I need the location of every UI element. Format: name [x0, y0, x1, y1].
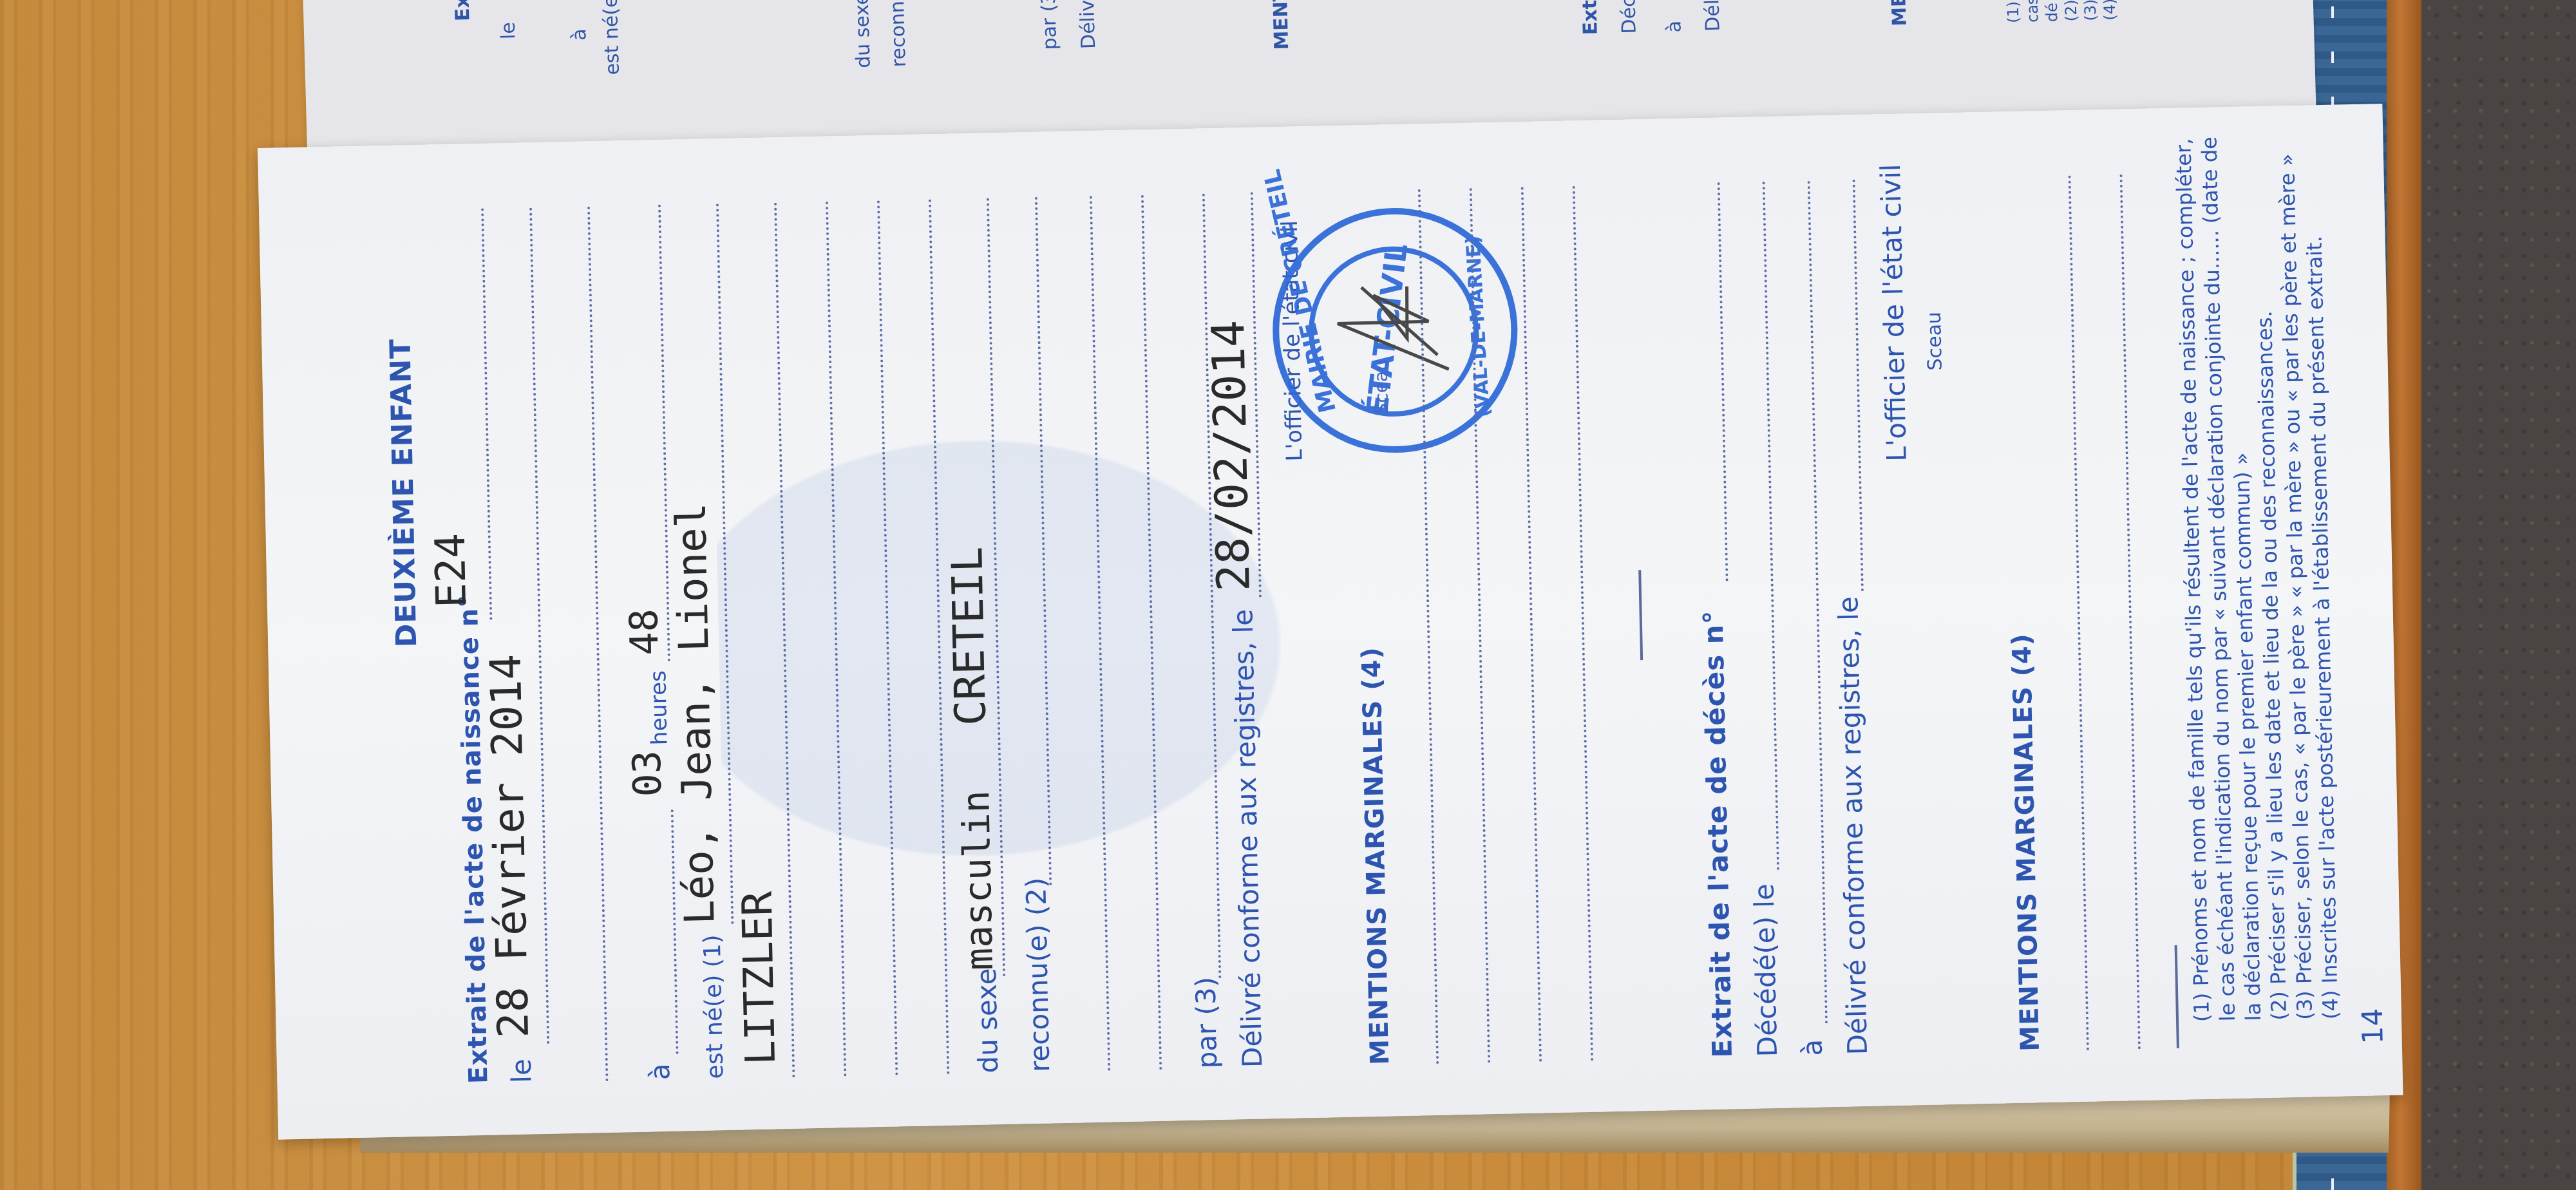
- signature: [1326, 272, 1465, 383]
- dotted-line: [1573, 185, 1593, 1061]
- footnote-separator: [2175, 945, 2179, 1048]
- par-label: par (3): [1189, 976, 1223, 1069]
- dotted-line: [877, 200, 898, 1075]
- carpet-background: [2421, 0, 2576, 1190]
- back-snippet: par (3): [1037, 0, 1061, 50]
- death-delivered-label: Délivré conforme aux registres, le: [1832, 596, 1873, 1055]
- back-snippet: MENTI: [1269, 0, 1293, 50]
- dotted-line: [1718, 182, 1728, 581]
- birth-hour-field[interactable]: 03: [625, 750, 670, 798]
- birth-place-field[interactable]: CRETEIL: [942, 546, 996, 726]
- booklet-page: DEUXIÈME ENFANT Extrait de l'acte de nai…: [258, 104, 2403, 1140]
- le-label: le: [506, 1059, 538, 1084]
- back-snippet: reconnu(: [885, 0, 911, 68]
- delivered-label: Délivré conforme aux registres, le: [1227, 609, 1268, 1068]
- death-seal-label: Sceau: [1923, 312, 1947, 371]
- back-snippet: Extra: [1578, 0, 1602, 35]
- back-snippet: (1): [2004, 1, 2023, 23]
- stamp-bottom-text: (VAL-DE-MARNE): [1462, 235, 1495, 419]
- back-snippet: cas: [2023, 0, 2041, 23]
- reconnu-label: reconnu(e) (2): [1020, 877, 1056, 1072]
- surname-field[interactable]: LITZLER: [734, 891, 785, 1066]
- birth-act-number: E24: [427, 533, 476, 608]
- back-snippet: (2): [2062, 0, 2081, 22]
- back-snippet: ME: [1888, 0, 1911, 26]
- page-content: DEUXIÈME ENFANT Extrait de l'acte de nai…: [258, 104, 2403, 1140]
- death-officer-label: L'officier de l'état civil: [1875, 164, 1913, 462]
- section-header: DEUXIÈME ENFANT: [384, 338, 423, 648]
- given-names-field[interactable]: Léo, Jean, Lionel: [668, 502, 724, 925]
- back-snippet: Décé: [1617, 0, 1641, 34]
- marginal-mentions-title: MENTIONS MARGINALES (4): [1357, 647, 1396, 1065]
- death-extract-title: Extrait de l'acte de décès n°: [1698, 610, 1739, 1058]
- dotted-line: [1521, 186, 1542, 1062]
- back-snippet: (4): [2101, 0, 2119, 21]
- seal-label: Sceau: [1370, 359, 1392, 415]
- back-snippet: Extrait de l: [448, 0, 474, 22]
- death-place-field[interactable]: [1808, 180, 1828, 1024]
- back-snippet: Délivré: [1075, 0, 1100, 49]
- a-label: à: [644, 1063, 676, 1081]
- birth-minutes-field[interactable]: 48: [621, 609, 667, 656]
- dotted-line: [2119, 173, 2140, 1049]
- death-delivered-date-field[interactable]: [1853, 179, 1864, 591]
- back-snippet: le: [497, 22, 520, 40]
- deceased-label: Décédé(e) le: [1748, 883, 1783, 1057]
- deceased-date-field[interactable]: [1763, 181, 1779, 870]
- birth-date-field[interactable]: 28 Février 2014: [481, 654, 538, 1039]
- delivered-date-field[interactable]: 28/02/2014: [1202, 319, 1260, 592]
- dotted-line: [658, 204, 670, 661]
- sexe-label: du sexe: [971, 968, 1004, 1073]
- heures-label: heures: [645, 670, 672, 746]
- dotted-line: [1090, 195, 1110, 1071]
- dotted-line: [1141, 194, 1162, 1070]
- dotted-line: [481, 208, 492, 620]
- back-snippet: Déli: [1701, 0, 1725, 32]
- back-snippet: du sexe: [851, 0, 875, 68]
- back-snippet: (3): [2081, 0, 2100, 21]
- dotted-line: [587, 205, 608, 1081]
- page-number: 14: [2356, 1008, 2390, 1044]
- separator: [1638, 570, 1643, 660]
- sexe-field[interactable]: masculin: [954, 790, 1001, 971]
- marginal-mentions-title-2: MENTIONS MARGINALES (4): [2007, 633, 2045, 1052]
- death-a-label: à: [1797, 1039, 1829, 1056]
- dotted-line: [826, 200, 846, 1076]
- back-snippet: dé: [2043, 3, 2061, 23]
- back-snippet: est né(e) (1: [598, 0, 624, 75]
- est-ne-label: est né(e) (1): [699, 934, 729, 1079]
- back-snippet: à: [1663, 21, 1685, 33]
- back-snippet: à: [568, 28, 591, 41]
- dotted-line: [2068, 175, 2088, 1050]
- dotted-line: [1035, 196, 1052, 885]
